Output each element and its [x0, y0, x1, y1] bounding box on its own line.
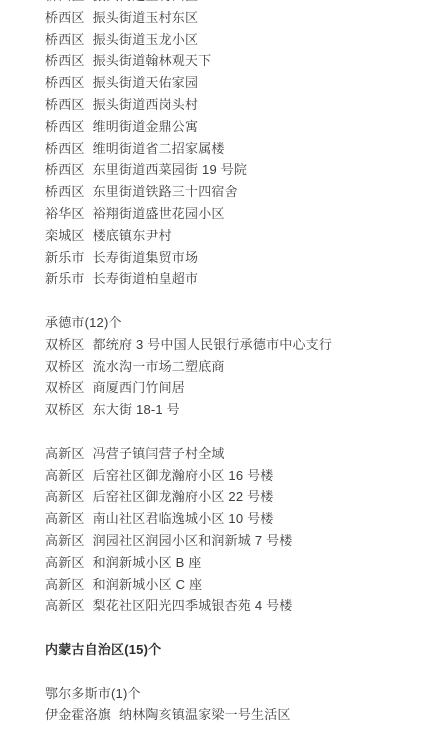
blank-line	[45, 421, 425, 443]
list-item: 裕华区裕翔街道盛世花园小区	[45, 203, 425, 225]
list-item: 桥西区维明街道金鼎公寓	[45, 116, 425, 138]
place-name: 东里街道西菜园街 19 号院	[93, 162, 247, 177]
place-name: 振头街道玉村西区	[93, 0, 199, 3]
place-name: 和润新城小区 C 座	[93, 577, 203, 592]
list-item: 高新区和润新城小区 B 座	[45, 552, 425, 574]
district-name: 桥西区	[45, 162, 85, 177]
district-name: 双桥区	[45, 337, 85, 352]
district-name: 高新区	[45, 533, 85, 548]
place-name: 振头街道玉龙小区	[93, 32, 199, 47]
list-item: 桥西区振头街道玉村西区	[45, 0, 425, 7]
blank-line	[45, 661, 425, 683]
list-item: 高新区后窑社区御龙瀚府小区 16 号楼	[45, 465, 425, 487]
place-name: 商厦西门竹间居	[93, 380, 185, 395]
list-item: 桥西区振头街道玉村东区	[45, 7, 425, 29]
district-name: 新乐市	[45, 250, 85, 265]
risk-area-list: 桥西区振头街道玉村西区桥西区振头街道玉村东区桥西区振头街道玉龙小区桥西区振头街道…	[45, 0, 425, 726]
district-name: 高新区	[45, 489, 85, 504]
district-name: 双桥区	[45, 402, 85, 417]
list-item: 桥西区维明街道省二招家属楼	[45, 138, 425, 160]
list-item: 双桥区流水沟一市场二塑底商	[45, 356, 425, 378]
list-item: 伊金霍洛旗纳林陶亥镇温家梁一号生活区	[45, 704, 425, 726]
place-name: 冯营子镇闫营子村全域	[93, 446, 225, 461]
list-item: 新乐市长寿街道集贸市场	[45, 247, 425, 269]
district-name: 高新区	[45, 511, 85, 526]
list-item: 新乐市长寿街道柏皇超市	[45, 268, 425, 290]
place-name: 东里街道铁路三十四宿舍	[93, 184, 238, 199]
list-item: 高新区冯营子镇闫营子村全域	[45, 443, 425, 465]
district-name: 桥西区	[45, 97, 85, 112]
place-name: 振头街道玉村东区	[93, 10, 199, 25]
place-name: 长寿街道柏皇超市	[93, 271, 199, 286]
list-item: 双桥区东大街 18-1 号	[45, 399, 425, 421]
place-name: 振头街道西岗头村	[93, 97, 199, 112]
district-name: 桥西区	[45, 141, 85, 156]
place-name: 裕翔街道盛世花园小区	[93, 206, 225, 221]
district-name: 桥西区	[45, 119, 85, 134]
place-name: 梨花社区阳光四季城银杏苑 4 号楼	[93, 598, 293, 613]
district-name: 桥西区	[45, 75, 85, 90]
place-name: 振头街道翰林观天下	[93, 53, 212, 68]
district-name: 裕华区	[45, 206, 85, 221]
province-header: 内蒙古自治区(15)个	[45, 639, 425, 661]
list-item: 桥西区东里街道铁路三十四宿舍	[45, 181, 425, 203]
place-name: 后窑社区御龙瀚府小区 22 号楼	[93, 489, 274, 504]
list-item: 桥西区振头街道西岗头村	[45, 94, 425, 116]
list-item: 双桥区商厦西门竹间居	[45, 377, 425, 399]
place-name: 长寿街道集贸市场	[93, 250, 199, 265]
place-name: 都统府 3 号中国人民银行承德市中心支行	[93, 337, 332, 352]
list-item: 高新区梨花社区阳光四季城银杏苑 4 号楼	[45, 595, 425, 617]
blank-line	[45, 617, 425, 639]
place-name: 润园社区润园小区和润新城 7 号楼	[93, 533, 293, 548]
place-name: 振头街道天佑家园	[93, 75, 199, 90]
district-name: 桥西区	[45, 184, 85, 199]
place-name: 楼底镇东尹村	[93, 228, 172, 243]
district-name: 高新区	[45, 468, 85, 483]
place-name: 维明街道金鼎公寓	[93, 119, 199, 134]
list-item: 高新区润园社区润园小区和润新城 7 号楼	[45, 530, 425, 552]
place-name: 维明街道省二招家属楼	[93, 141, 225, 156]
place-name: 流水沟一市场二塑底商	[93, 359, 225, 374]
list-item: 高新区南山社区君临逸城小区 10 号楼	[45, 508, 425, 530]
district-name: 桥西区	[45, 0, 85, 3]
list-item: 高新区后窑社区御龙瀚府小区 22 号楼	[45, 486, 425, 508]
district-name: 高新区	[45, 577, 85, 592]
list-item: 桥西区振头街道玉龙小区	[45, 29, 425, 51]
place-name: 后窑社区御龙瀚府小区 16 号楼	[93, 468, 274, 483]
place-name: 纳林陶亥镇温家梁一号生活区	[119, 707, 291, 722]
district-name: 高新区	[45, 598, 85, 613]
list-item: 双桥区都统府 3 号中国人民银行承德市中心支行	[45, 334, 425, 356]
district-name: 高新区	[45, 446, 85, 461]
district-name: 桥西区	[45, 53, 85, 68]
list-item: 桥西区振头街道天佑家园	[45, 72, 425, 94]
list-item: 桥西区振头街道翰林观天下	[45, 50, 425, 72]
city-header: 鄂尔多斯市(1)个	[45, 683, 425, 705]
district-name: 伊金霍洛旗	[45, 707, 111, 722]
district-name: 新乐市	[45, 271, 85, 286]
place-name: 和润新城小区 B 座	[93, 555, 202, 570]
district-name: 高新区	[45, 555, 85, 570]
place-name: 南山社区君临逸城小区 10 号楼	[93, 511, 274, 526]
district-name: 桥西区	[45, 32, 85, 47]
district-name: 桥西区	[45, 10, 85, 25]
list-item: 栾城区楼底镇东尹村	[45, 225, 425, 247]
list-item: 高新区和润新城小区 C 座	[45, 574, 425, 596]
city-header: 承德市(12)个	[45, 312, 425, 334]
place-name: 东大街 18-1 号	[93, 402, 180, 417]
district-name: 双桥区	[45, 359, 85, 374]
blank-line	[45, 290, 425, 312]
district-name: 栾城区	[45, 228, 85, 243]
district-name: 双桥区	[45, 380, 85, 395]
list-item: 桥西区东里街道西菜园街 19 号院	[45, 159, 425, 181]
